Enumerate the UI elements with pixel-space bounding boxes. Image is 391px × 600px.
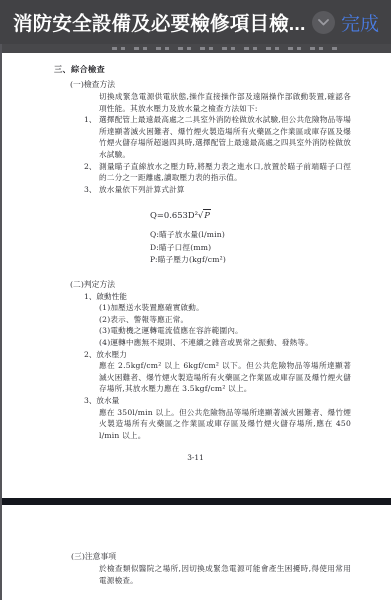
document-preview-screen: 消防安全設備及必要檢修項目檢... 完成 三、綜合檢查 (一)檢查方法 切換成緊… <box>0 0 391 600</box>
formula-main: Q=0.653D²√ <box>150 210 203 220</box>
method-item: 3、 放水量依下列計算式計算 <box>84 184 351 196</box>
page-number: 3-11 <box>40 453 351 463</box>
chevron-down-icon <box>318 19 329 26</box>
pdf-page-1: 三、綜合檢查 (一)檢查方法 切換成緊急電源供電狀態,操作直接操作部及遠隔操作部… <box>0 53 391 498</box>
item-number: 1、 <box>84 114 99 160</box>
item-number: 3、 <box>84 184 99 196</box>
notes-text: 於檢查類似醫院之場所,因切換成緊急電源可能會產生困擾時,得使用常用電源檢查。 <box>99 563 351 586</box>
page-separator <box>0 498 391 505</box>
judge3-heading: 3、放水量 <box>84 395 351 407</box>
item-text: 放水量依下列計算式計算 <box>99 184 351 196</box>
notes-heading: (三)注意事項 <box>71 551 351 563</box>
method-heading: (一)檢查方法 <box>70 79 351 91</box>
formula-legend-q: Q:瞄子放水量(l/min) <box>150 229 351 241</box>
judge1-heading: 1、啟動性能 <box>84 291 351 303</box>
judge1-item: (3)電動機之運轉電流值應在容許範圍內。 <box>99 325 351 337</box>
judge2-heading: 2、放水壓力 <box>84 349 351 361</box>
discharge-formula: Q=0.653D²√P <box>150 209 351 222</box>
done-button[interactable]: 完成 <box>341 9 379 36</box>
method-item: 2、 測量瞄子直線放水之壓力時,將壓力表之進水口,放置於瞄子前端瞄子口徑的二分之… <box>84 161 351 184</box>
method-item: 1、 選擇配管上最遠最高處之二具室外消防栓做放水試驗,但公共危險物品等場所達顯著… <box>84 114 351 160</box>
judge-heading: (二)判定方法 <box>70 279 351 291</box>
judge1-item: (4)運轉中應無不規則、不連續之雜音或異常之振動、發熱等。 <box>99 337 351 349</box>
judge1-item: (2)表示、警報等應正常。 <box>99 314 351 326</box>
clipped-text-strip <box>0 44 391 53</box>
item-number: 2、 <box>84 161 99 184</box>
item-text: 測量瞄子直線放水之壓力時,將壓力表之進水口,放置於瞄子前端瞄子口徑的二分之一距離… <box>99 161 351 184</box>
clipped-text-marks <box>112 47 337 50</box>
judge1-item: (1)加壓送水裝置應確實啟動。 <box>99 302 351 314</box>
section-heading: 三、綜合檢查 <box>54 63 351 75</box>
document-viewport[interactable]: 三、綜合檢查 (一)檢查方法 切換成緊急電源供電狀態,操作直接操作部及遠隔操作部… <box>0 53 391 600</box>
document-title: 消防安全設備及必要檢修項目檢... <box>13 8 305 36</box>
method-intro: 切換成緊急電源供電狀態,操作直接操作部及遠隔操作部啟動裝置,確認各項性能。其放水… <box>99 91 351 114</box>
title-dropdown-button[interactable] <box>312 11 335 34</box>
formula-legend-d: D:瞄子口徑(mm) <box>150 242 351 254</box>
formula-legend-p: P:瞄子壓力(kgf/cm²) <box>150 254 351 266</box>
judge2-text: 應在 2.5kgf/cm² 以上 6kgf/cm² 以下。但公共危險物品等場所達… <box>99 360 351 395</box>
navbar: 消防安全設備及必要檢修項目檢... 完成 <box>0 0 391 44</box>
formula-radicand: P <box>203 209 211 220</box>
judge3-text: 應在 350l/min 以上。但公共危險物品等場所達顯著滅火困難者、爆竹煙火製造… <box>99 407 351 442</box>
item-text: 選擇配管上最遠最高處之二具室外消防栓做放水試驗,但公共危險物品等場所達顯著滅火困… <box>99 114 351 160</box>
pdf-page-2: (三)注意事項 於檢查類似醫院之場所,因切換成緊急電源可能會產生困擾時,得使用常… <box>0 505 391 600</box>
